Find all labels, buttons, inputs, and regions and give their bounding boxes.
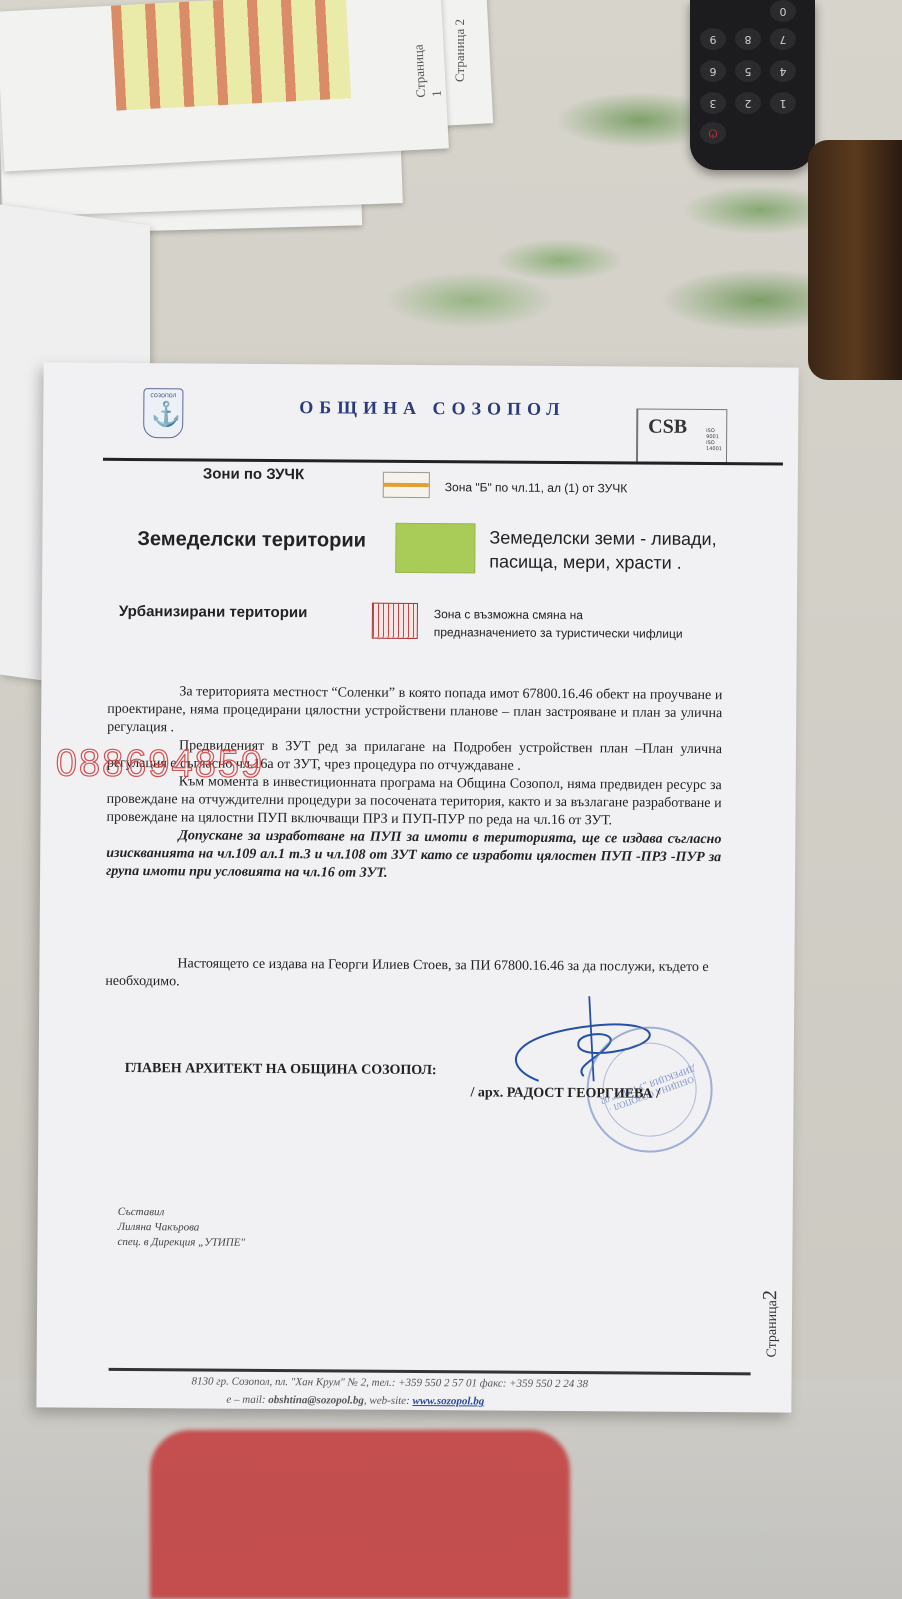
csb-certification-logo: CSB ISO 9001 ISO 14001	[636, 409, 727, 464]
signatory-role: ГЛАВЕН АРХИТЕКТ НА ОБЩИНА СОЗОПОЛ:	[125, 1061, 437, 1079]
footer-contacts: e – mail: obshtina@sozopol.bg, web-site:…	[226, 1394, 484, 1408]
legend-urbanized-description: Зона с възможна смяна на предназначениет…	[434, 605, 683, 643]
paragraph: За територията местност “Соленки” в коят…	[107, 683, 722, 741]
emphasis-paragraph: Допускане за изработване на ПУП за имоти…	[106, 827, 721, 885]
remote-key: 8	[735, 28, 761, 50]
tv-remote: 0 7 8 9 4 5 6 1 2 3 ⏻	[690, 0, 815, 170]
page-number: Страница2	[759, 1290, 782, 1358]
glass-bottle	[808, 140, 902, 380]
legend-agricultural-description: Земеделски земи - ливади, пасища, мери, …	[489, 525, 717, 575]
legend-urbanized-swatch	[372, 603, 418, 639]
remote-key: 7	[770, 28, 796, 50]
phone-number-watermark: 088694859	[56, 742, 265, 786]
sozopol-coat-of-arms-logo: СОЗОПОЛ ⚓	[143, 388, 183, 438]
legend-zuchk-label: Зони по ЗУЧК	[203, 465, 304, 483]
stacked-page-label: Страница 1	[410, 43, 445, 98]
stacked-page-1: Страница 1	[0, 0, 449, 172]
remote-key: 4	[770, 60, 796, 82]
remote-key: 0	[770, 0, 796, 22]
composed-by: Съставил Лиляна Чакърова спец. в Дирекци…	[117, 1205, 245, 1251]
footer-website-link[interactable]: www.sozopol.bg	[412, 1395, 484, 1408]
municipality-title: ОБЩИНА СОЗОПОЛ	[299, 397, 565, 420]
legend-zuchk-description: Зона "Б" по чл.11, ал (1) от ЗУЧК	[445, 480, 628, 495]
footer-email-link[interactable]: obshtina@sozopol.bg	[268, 1394, 364, 1407]
remote-key: 9	[700, 28, 726, 50]
stacked-page-label-2: Страница 2	[452, 19, 468, 82]
anchor-icon: ⚓	[151, 403, 181, 427]
remote-key: 1	[770, 92, 796, 114]
legend-agricultural-label: Земеделски територии	[137, 528, 366, 553]
power-icon: ⏻	[700, 122, 726, 144]
legend-zuchk-swatch	[383, 472, 430, 498]
remote-key: 6	[700, 60, 726, 82]
legend-agricultural-swatch	[395, 523, 475, 574]
legend-urbanized-label: Урбанизирани територии	[119, 603, 308, 621]
footer-divider	[109, 1368, 751, 1375]
remote-key: 2	[735, 92, 761, 114]
remote-key: 3	[700, 92, 726, 114]
issued-to-paragraph: Настоящето се издава на Георги Илиев Сто…	[105, 955, 735, 995]
remote-key: 5	[735, 60, 761, 82]
signatory-name: / арх. РАДОСТ ГЕОРГИЕВА /	[471, 1085, 661, 1102]
certificate-document: СОЗОПОЛ ⚓ ОБЩИНА СОЗОПОЛ CSB ISO 9001 IS…	[36, 362, 798, 1412]
map-excerpt-image	[111, 0, 351, 111]
footer-address: 8130 гр. Созопол, пл. "Хан Крум" № 2, те…	[192, 1375, 589, 1390]
red-object	[150, 1430, 570, 1599]
